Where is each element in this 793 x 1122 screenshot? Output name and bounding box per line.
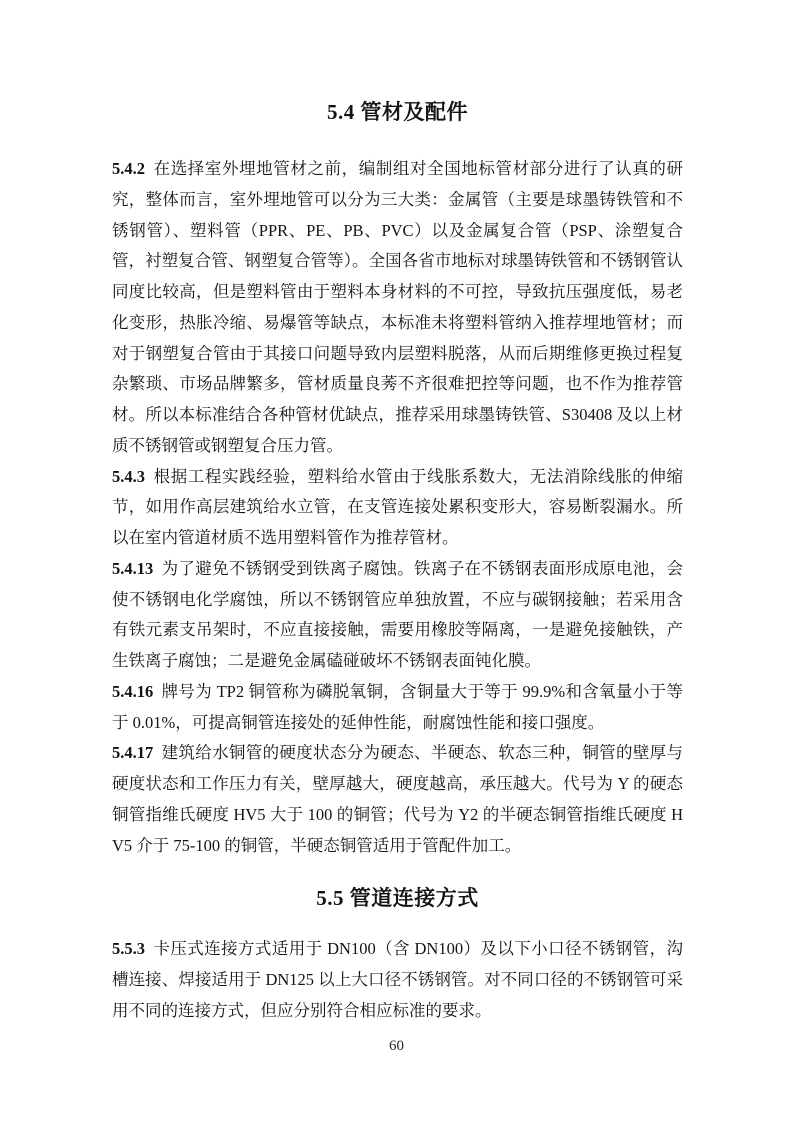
page-content: 5.4 管材及配件 5.4.2在选择室外埋地管材之前，编制组对全国地标管材部分进… bbox=[112, 98, 683, 1027]
page-number: 60 bbox=[0, 1038, 793, 1055]
paragraph-5-4-2: 5.4.2在选择室外埋地管材之前，编制组对全国地标管材部分进行了认真的研究，整体… bbox=[112, 154, 683, 462]
clause-text-5-5-3: 卡压式连接方式适用于 DN100（含 DN100）及以下小口径不锈钢管，沟槽连接… bbox=[112, 939, 683, 1020]
clause-number-5-5-3: 5.5.3 bbox=[112, 939, 145, 958]
paragraph-5-4-13: 5.4.13为了避免不锈钢受到铁离子腐蚀。铁离子在不锈钢表面形成原电池，会使不锈… bbox=[112, 554, 683, 677]
clause-text-5-4-16: 牌号为 TP2 铜管称为磷脱氧铜，含铜量大于等于 99.9%和含氧量小于等于 0… bbox=[112, 682, 683, 732]
clause-text-5-4-13: 为了避免不锈钢受到铁离子腐蚀。铁离子在不锈钢表面形成原电池，会使不锈钢电化学腐蚀… bbox=[112, 559, 683, 670]
paragraph-5-5-3: 5.5.3卡压式连接方式适用于 DN100（含 DN100）及以下小口径不锈钢管… bbox=[112, 934, 683, 1026]
section-heading-5-4: 5.4 管材及配件 bbox=[112, 98, 683, 127]
paragraph-5-4-16: 5.4.16牌号为 TP2 铜管称为磷脱氧铜，含铜量大于等于 99.9%和含氧量… bbox=[112, 677, 683, 739]
paragraph-5-4-17: 5.4.17建筑给水铜管的硬度状态分为硬态、半硬态、软态三种，铜管的壁厚与硬度状… bbox=[112, 738, 683, 861]
clause-number-5-4-13: 5.4.13 bbox=[112, 559, 153, 578]
section-heading-5-5: 5.5 管道连接方式 bbox=[112, 884, 683, 913]
clause-number-5-4-16: 5.4.16 bbox=[112, 682, 153, 701]
clause-number-5-4-17: 5.4.17 bbox=[112, 743, 153, 762]
clause-text-5-4-2: 在选择室外埋地管材之前，编制组对全国地标管材部分进行了认真的研究，整体而言，室外… bbox=[112, 159, 683, 455]
clause-number-5-4-3: 5.4.3 bbox=[112, 467, 145, 486]
clause-text-5-4-17: 建筑给水铜管的硬度状态分为硬态、半硬态、软态三种，铜管的壁厚与硬度状态和工作压力… bbox=[112, 743, 683, 854]
document-page: 5.4 管材及配件 5.4.2在选择室外埋地管材之前，编制组对全国地标管材部分进… bbox=[0, 0, 793, 1122]
paragraph-5-4-3: 5.4.3根据工程实践经验，塑料给水管由于线胀系数大，无法消除线胀的伸缩节，如用… bbox=[112, 462, 683, 554]
clause-number-5-4-2: 5.4.2 bbox=[112, 159, 145, 178]
clause-text-5-4-3: 根据工程实践经验，塑料给水管由于线胀系数大，无法消除线胀的伸缩节，如用作高层建筑… bbox=[112, 467, 683, 548]
